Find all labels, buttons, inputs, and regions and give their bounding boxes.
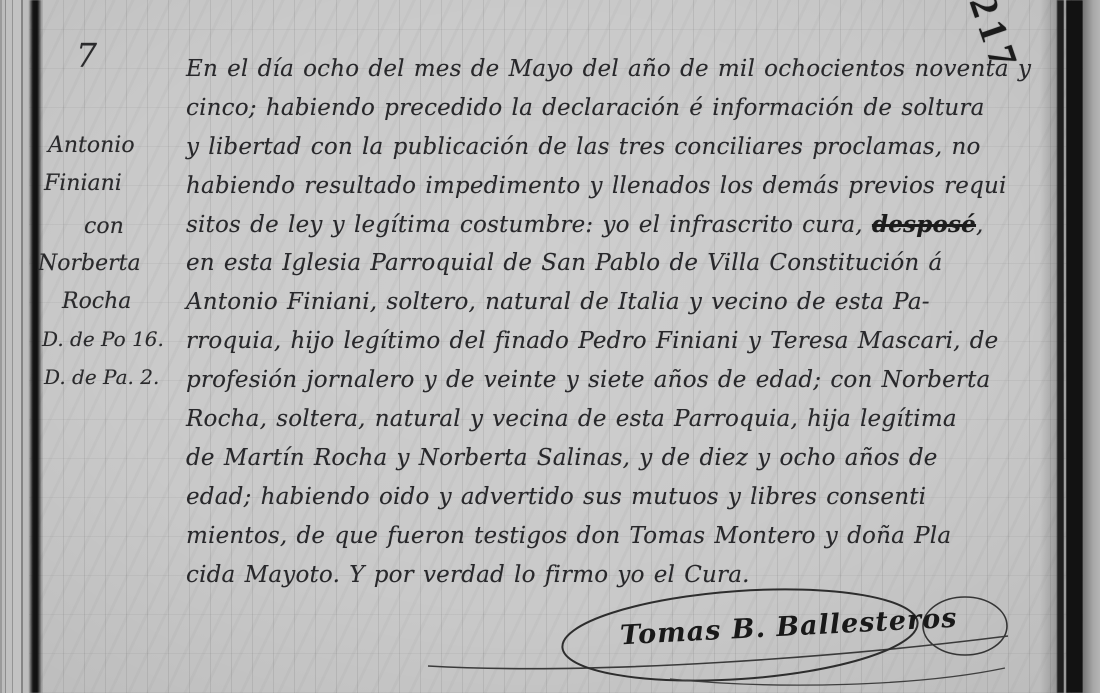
page-edge-left xyxy=(0,0,29,693)
margin-bride-first-name: Norberta xyxy=(38,251,141,276)
body-line: Antonio Finiani, soltero, natural de Ita… xyxy=(186,283,1046,322)
margin-groom-first-name: Antonio xyxy=(48,133,135,158)
margin-con-label: con xyxy=(84,214,124,239)
binding-shadow-left xyxy=(29,0,42,693)
body-line-with-strikeout: sitos de ley y legítima costumbre: yo el… xyxy=(186,206,1046,245)
page-edge-right xyxy=(1083,0,1100,693)
margin-groom-last-name: Finiani xyxy=(44,171,122,196)
margin-entry-number: 7 xyxy=(76,36,97,75)
binding-band-right-2 xyxy=(1066,0,1083,693)
struck-out-word: desposé xyxy=(872,211,976,238)
strike-suffix: , xyxy=(976,212,984,238)
body-line-text: sitos de ley y legítima costumbre: yo el… xyxy=(186,212,872,238)
margin-fee-note-2: D. de Pa. 2. xyxy=(44,365,159,389)
body-line: rroquia, hijo legítimo del finado Pedro … xyxy=(186,322,1046,361)
body-line: en esta Iglesia Parroquial de San Pablo … xyxy=(186,244,1046,283)
scanned-register-page: 217 7 Antonio Finiani con Norberta Rocha… xyxy=(0,0,1100,693)
body-line: En el día ocho del mes de Mayo del año d… xyxy=(186,50,1046,89)
body-line: Rocha, soltera, natural y vecina de esta… xyxy=(186,400,1046,439)
body-line: edad; habiendo oido y advertido sus mutu… xyxy=(186,478,1046,517)
body-line: cinco; habiendo precedido la declaración… xyxy=(186,89,1046,128)
body-line: y libertad con la publicación de las tre… xyxy=(186,128,1046,167)
record-body-text: En el día ocho del mes de Mayo del año d… xyxy=(186,50,1046,594)
binding-band-right-1 xyxy=(1057,0,1064,693)
body-line: profesión jornalero y de veinte y siete … xyxy=(186,361,1046,400)
margin-bride-last-name: Rocha xyxy=(62,289,131,314)
body-line: de Martín Rocha y Norberta Salinas, y de… xyxy=(186,439,1046,478)
body-line: habiendo resultado impedimento y llenado… xyxy=(186,167,1046,206)
margin-fee-note-1: D. de Po 16. xyxy=(42,327,164,351)
body-line: mientos, de que fueron testigos don Toma… xyxy=(186,517,1046,556)
